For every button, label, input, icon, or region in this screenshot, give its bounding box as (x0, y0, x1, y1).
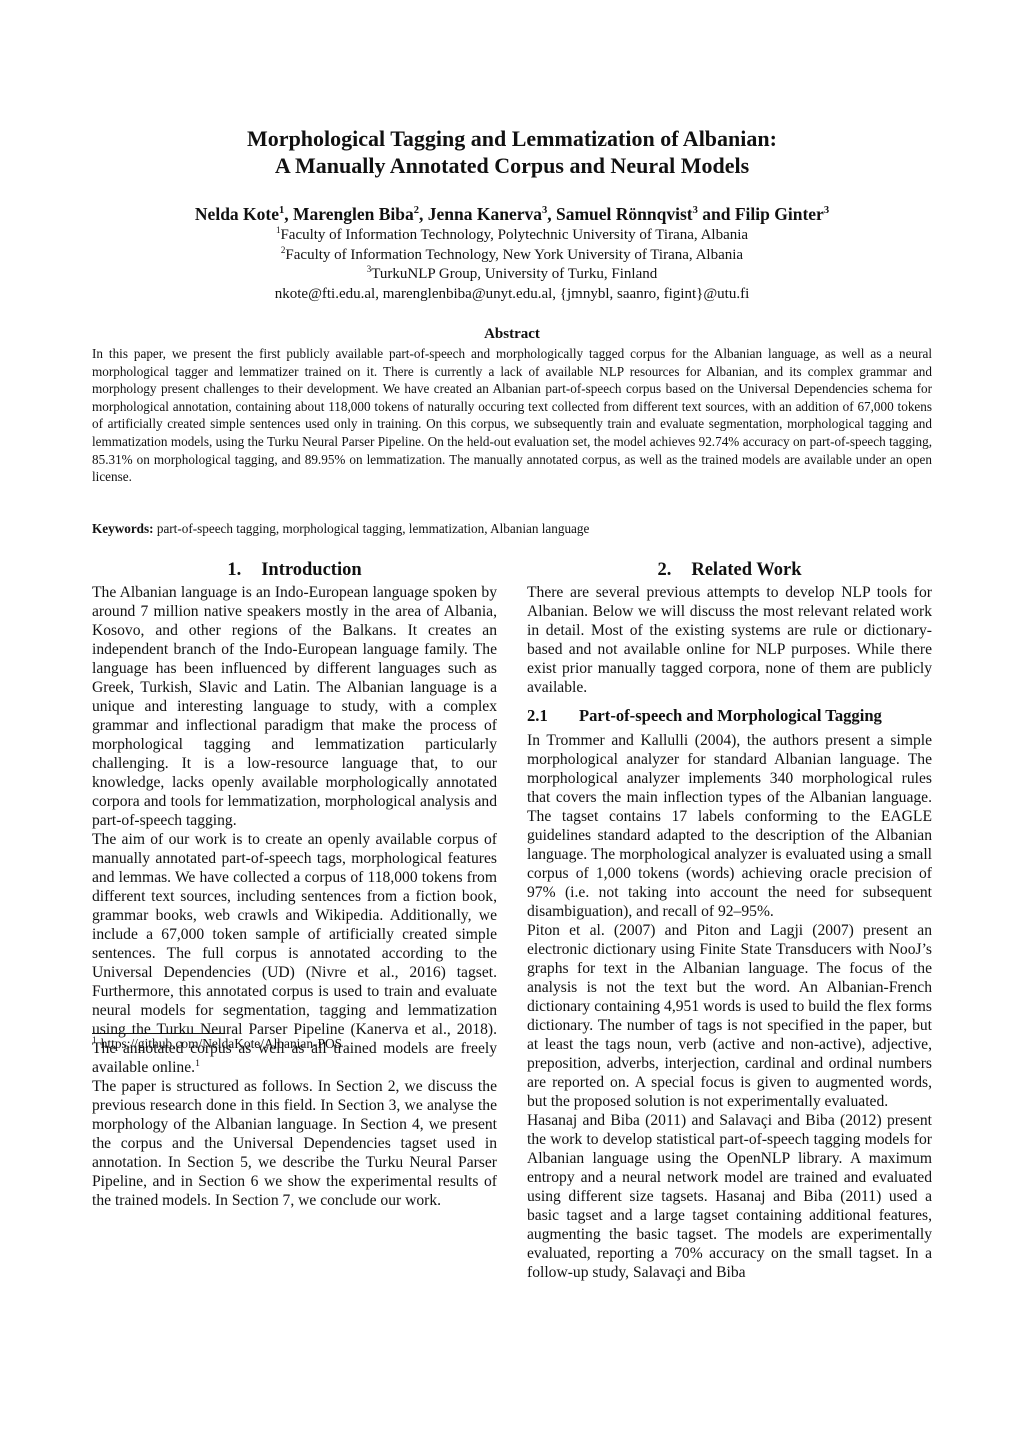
subsection-heading-pos-tagging: 2.1Part-of-speech and Morphological Tagg… (527, 705, 932, 727)
paragraph: In Trommer and Kallulli (2004), the auth… (527, 731, 932, 921)
keywords-label: Keywords: (92, 521, 154, 536)
author: Samuel Rönnqvist3 (556, 204, 698, 224)
abstract-heading: Abstract (0, 326, 1024, 343)
paragraph: Piton et al. (2007) and Piton and Lagji … (527, 921, 932, 1111)
section-heading-introduction: 1.Introduction (92, 558, 497, 582)
footnote-marker: 1 (195, 1058, 200, 1069)
footnote: 1https://github.com/NeldaKote/Albanian-P… (92, 1036, 342, 1052)
author-list: Nelda Kote1, Marenglen Biba2, Jenna Kane… (0, 204, 1024, 225)
title-line-1: Morphological Tagging and Lemmatization … (0, 125, 1024, 152)
affiliation: 3TurkuNLP Group, University of Turku, Fi… (0, 265, 1024, 285)
paragraph: The paper is structured as follows. In S… (92, 1077, 497, 1210)
title-line-2: A Manually Annotated Corpus and Neural M… (0, 152, 1024, 179)
section-heading-related-work: 2.Related Work (527, 558, 932, 582)
footnote-divider (92, 1033, 225, 1034)
author: Filip Ginter3 (735, 204, 829, 224)
affiliation: 1Faculty of Information Technology, Poly… (0, 226, 1024, 246)
footnote-link[interactable]: https://github.com/NeldaKote/Albanian-PO… (101, 1036, 342, 1051)
author: Marenglen Biba2 (293, 204, 419, 224)
author: Jenna Kanerva3 (428, 204, 548, 224)
affiliation: 2Faculty of Information Technology, New … (0, 246, 1024, 266)
paper-title: Morphological Tagging and Lemmatization … (0, 125, 1024, 179)
author: Nelda Kote1 (195, 204, 284, 224)
paragraph: Hasanaj and Biba (2011) and Salavaçi and… (527, 1111, 932, 1282)
right-column: 2.Related Work There are several previou… (527, 558, 932, 1282)
left-column: 1.Introduction The Albanian language is … (92, 558, 497, 1210)
keywords: Keywords: part-of-speech tagging, morpho… (92, 521, 932, 537)
paragraph: There are several previous attempts to d… (527, 583, 932, 697)
abstract-text: In this paper, we present the first publ… (92, 345, 932, 486)
affiliations: 1Faculty of Information Technology, Poly… (0, 226, 1024, 304)
author-emails: nkote@fti.edu.al, marenglenbiba@unyt.edu… (0, 285, 1024, 305)
keywords-text: part-of-speech tagging, morphological ta… (154, 521, 590, 536)
paragraph: The Albanian language is an Indo-Europea… (92, 583, 497, 830)
